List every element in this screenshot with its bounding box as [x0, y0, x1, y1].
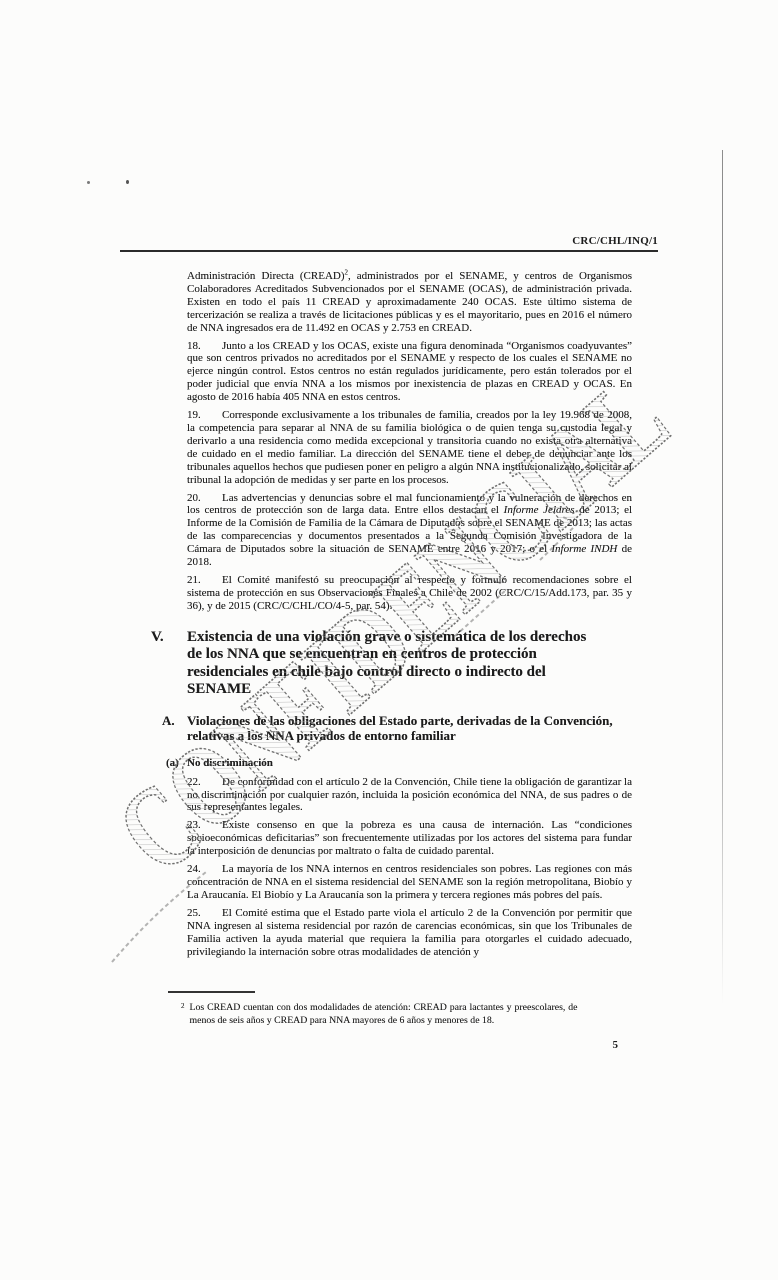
subsection-title: No discriminación	[187, 756, 632, 770]
paragraph-number: 23.	[187, 819, 222, 832]
paragraph-text: El Comité manifestó su preocupación al r…	[187, 574, 632, 612]
paragraph: 21.El Comité manifestó su preocupación a…	[187, 574, 632, 613]
scan-speck	[126, 180, 129, 184]
paragraph: 23.Existe consenso en que la pobreza es …	[187, 819, 632, 858]
paragraph-text: Administración Directa (CREAD)	[187, 270, 345, 282]
footnote-text: Los CREAD cuentan con dos modalidades de…	[190, 1001, 578, 1027]
scan-artifact-line	[722, 150, 723, 1005]
footnote: 2 Los CREAD cuentan con dos modalidades …	[181, 1001, 591, 1027]
paragraph-text: Junto a los CREAD y los OCAS, existe una…	[187, 340, 632, 404]
footnote-marker: 2	[181, 1000, 185, 1026]
paragraph-text: El Comité estima que el Estado parte vio…	[187, 907, 632, 958]
section-number: A.	[162, 713, 182, 729]
section-title: Violaciones de las obligaciones del Esta…	[187, 713, 623, 744]
paragraph-text: La mayoría de los NNA internos en centro…	[187, 863, 632, 901]
paragraph: 19.Corresponde exclusivamente a los trib…	[187, 409, 632, 486]
scanned-document-page: CRC/CHL/INQ/1 Administración Directa (CR…	[0, 0, 778, 1280]
scan-speck	[87, 181, 90, 184]
paragraph-text: Corresponde exclusivamente a los tribuna…	[187, 409, 632, 486]
paragraph: Administración Directa (CREAD)2, adminis…	[187, 270, 632, 335]
paragraph-number: 20.	[187, 492, 222, 505]
paragraph-number: 21.	[187, 574, 222, 587]
footnote-divider	[168, 991, 255, 993]
subsection-heading-a1: (a) No discriminación	[187, 756, 632, 770]
paragraph-text: De conformidad con el artículo 2 de la C…	[187, 776, 632, 814]
paragraph-number: 25.	[187, 907, 222, 920]
paragraph-number: 24.	[187, 863, 222, 876]
paragraph-text: Existe consenso en que la pobreza es una…	[187, 819, 632, 857]
paragraph-number: 19.	[187, 409, 222, 422]
document-body: Administración Directa (CREAD)2, adminis…	[187, 270, 632, 963]
paragraph: 18.Junto a los CREAD y los OCAS, existe …	[187, 340, 632, 405]
section-number: V.	[151, 629, 181, 647]
paragraph: 22.De conformidad con el artículo 2 de l…	[187, 776, 632, 815]
paragraph: 25.El Comité estima que el Estado parte …	[187, 907, 632, 959]
subsection-number: (a)	[166, 756, 186, 770]
page-number: 5	[590, 1039, 618, 1051]
section-title: Existencia de una violación grave o sist…	[187, 629, 599, 699]
document-symbol: CRC/CHL/INQ/1	[120, 235, 658, 247]
paragraph-number: 22.	[187, 776, 222, 789]
report-title-italic: Informe Jeldres	[504, 504, 575, 516]
paragraph: 24.La mayoría de los NNA internos en cen…	[187, 863, 632, 902]
paragraph: 20.Las advertencias y denuncias sobre el…	[187, 492, 632, 569]
section-heading-a: A. Violaciones de las obligaciones del E…	[187, 713, 623, 744]
section-heading-v: V. Existencia de una violación grave o s…	[187, 629, 599, 699]
report-title-italic: Informe INDH	[551, 543, 617, 555]
paragraph-number: 18.	[187, 340, 222, 353]
header-divider	[120, 250, 658, 252]
